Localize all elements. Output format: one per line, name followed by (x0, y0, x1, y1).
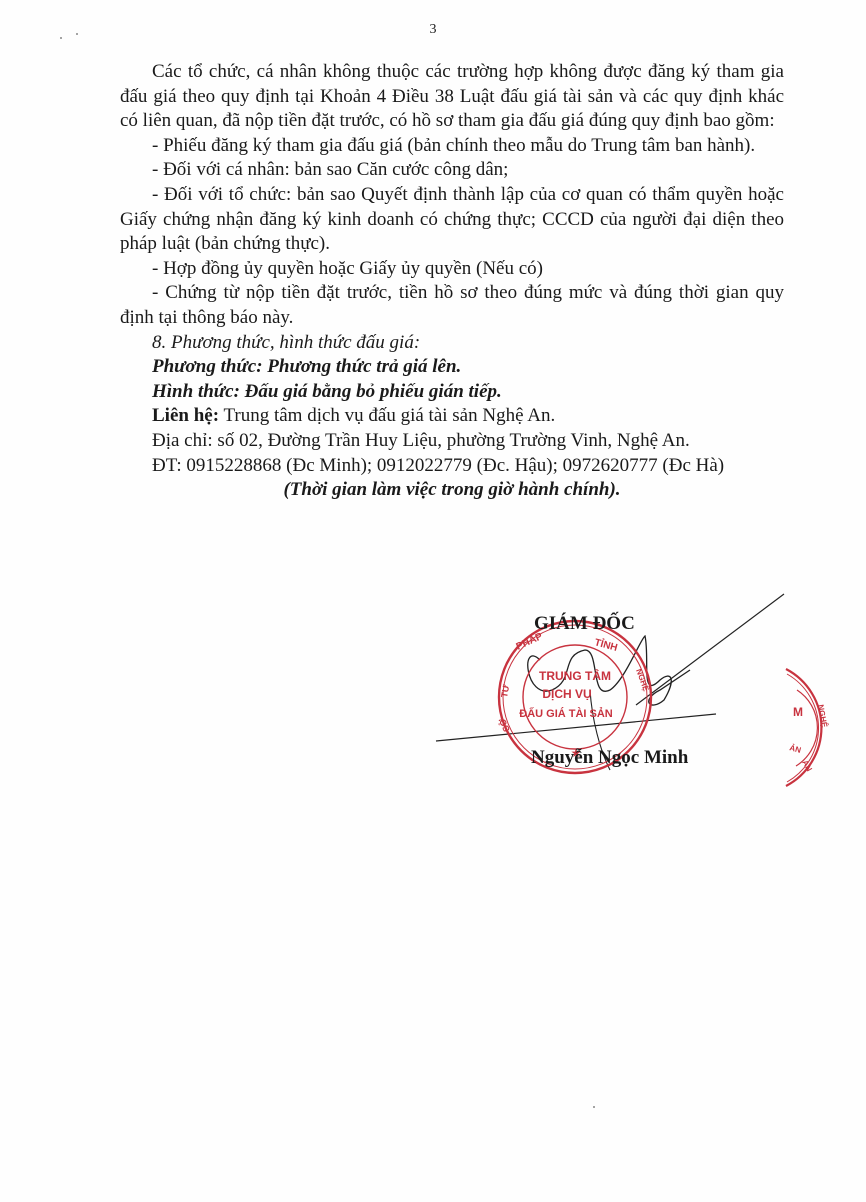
edge-stamp-m: M (793, 705, 803, 719)
signature-title: GIÁM ĐỐC (534, 613, 635, 635)
signatory-name: Nguyễn Ngọc Minh (531, 747, 688, 769)
edge-stamp-san: ẢN (788, 743, 802, 755)
document-page: 3 Các tổ chức, cá nhân không thuộc các t… (0, 0, 866, 1202)
edge-stamp: M NGHỆ ẢN AN (0, 0, 866, 1202)
